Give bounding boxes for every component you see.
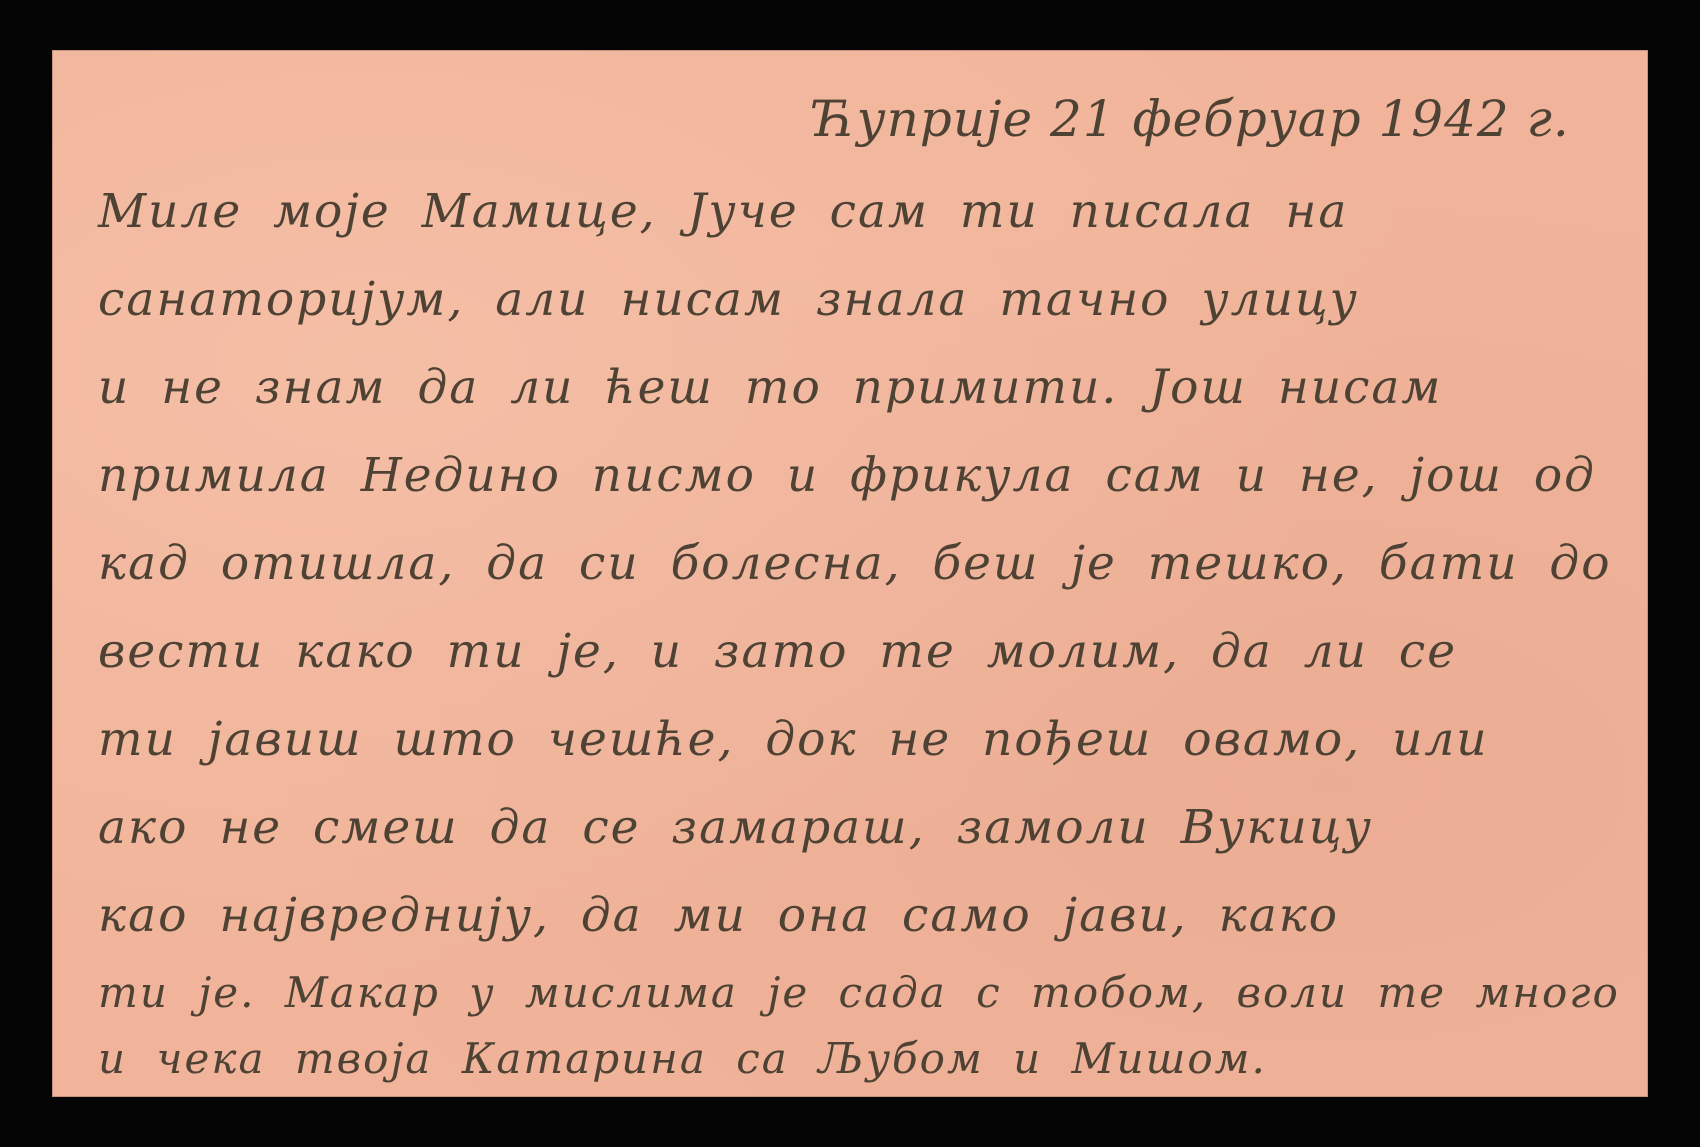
date-line: Ћуприје 21 фебруар 1942 г.	[812, 90, 1570, 148]
letter-line-8: ако не смеш да се замараш, замоли Вукицу	[98, 784, 1608, 872]
postcard: Ћуприје 21 фебруар 1942 г. Миле моје Мам…	[52, 50, 1648, 1097]
letter-line-11: и чека твоја Катарина са Љубом и Мишом.	[98, 1026, 1608, 1092]
letter-line-4: примила Недино писмо и фрикула сам и не,…	[98, 432, 1608, 520]
letter-line-5: кад отишла, да си болесна, беш је тешко,…	[98, 520, 1608, 608]
letter-line-3: и не знам да ли ћеш то примити. Још ниса…	[98, 344, 1608, 432]
letter-line-2: санаторијум, али нисам знала тачно улицу	[98, 256, 1608, 344]
letter-line-7: ти јавиш што чешће, док не пођеш овамо, …	[98, 696, 1608, 784]
letter-line-9: као највреднију, да ми она само јави, ка…	[98, 872, 1608, 960]
letter-body: Миле моје Мамице, Јуче сам ти писала на …	[98, 168, 1608, 1092]
letter-line-10: ти је. Макар у мислима је сада с тобом, …	[98, 960, 1608, 1026]
letter-line-1: Миле моје Мамице, Јуче сам ти писала на	[98, 168, 1608, 256]
letter-line-6: вести како ти је, и зато те молим, да ли…	[98, 608, 1608, 696]
